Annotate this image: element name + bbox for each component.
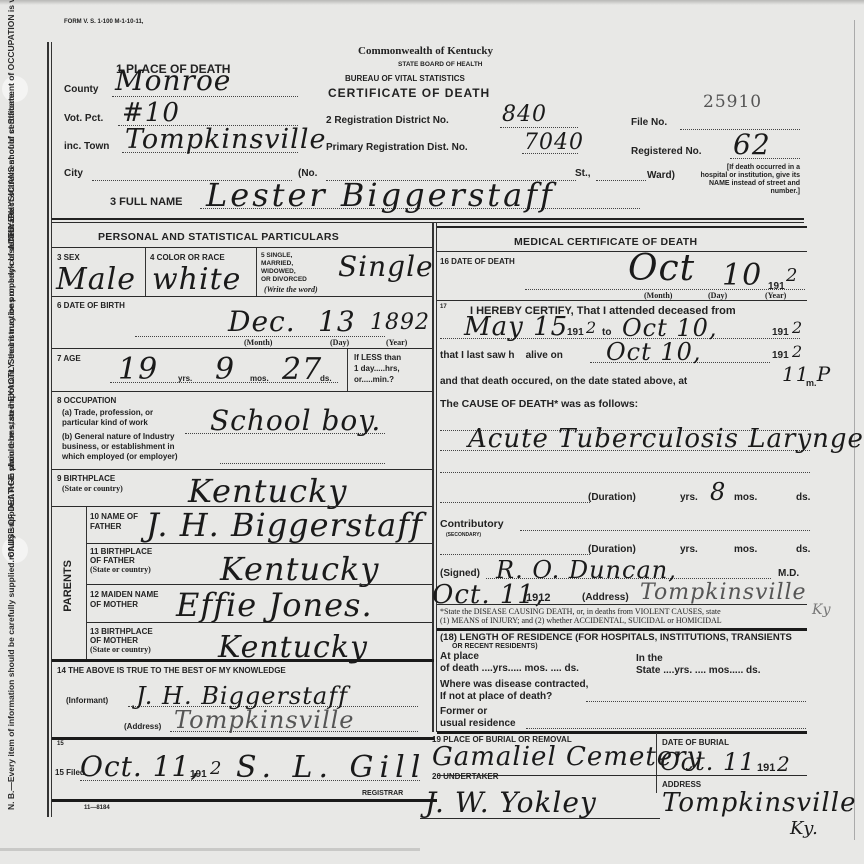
attended-to-year-suffix: 2 — [792, 318, 803, 337]
age-months: 9 — [215, 352, 235, 387]
city-label: City — [64, 168, 83, 179]
undertaker-state: Ky. — [790, 818, 819, 839]
row-divider — [52, 348, 432, 349]
residence-label-2: OR RECENT RESIDENTS) — [452, 643, 538, 650]
cause-line-3 — [440, 472, 810, 473]
row-divider — [87, 622, 432, 623]
duration2-ds: ds. — [796, 544, 810, 555]
at-place-detail: of death ....yrs..... mos. .... ds. — [440, 663, 579, 674]
cell-divider — [347, 349, 348, 391]
filed-number: 15 — [57, 741, 64, 747]
death-month: Oct — [628, 248, 695, 289]
occupation-b-line: business, or establishment in — [62, 442, 178, 452]
section-divider — [437, 731, 807, 734]
occupation-value: School boy. — [210, 404, 381, 437]
row-divider — [52, 247, 432, 248]
year-caption: (Year) — [386, 338, 407, 347]
board-title: STATE BOARD OF HEALTH — [398, 61, 483, 68]
section-divider — [52, 737, 434, 740]
registered-no-label: Registered No. — [631, 146, 702, 157]
cell-divider — [656, 733, 657, 793]
primary-registration-label: Primary Registration Dist. No. — [326, 142, 468, 153]
usual-residence-line — [526, 728, 806, 729]
meridiem-label: m. — [806, 378, 817, 388]
registration-district-line — [500, 127, 578, 128]
filed-year-suffix: 2 — [210, 758, 222, 779]
last-saw-year-suffix: 2 — [792, 342, 803, 361]
marital-label-line: MARRIED, — [261, 260, 307, 268]
certificate-title: CERTIFICATE OF DEATH — [328, 86, 490, 100]
death-certificate: ACTLY. PHYSICIANS should st Statement of… — [0, 0, 864, 864]
mother-name-value: Effie Jones. — [176, 586, 373, 624]
birthplace-hint: (State or country) — [62, 484, 123, 493]
in-state-detail: State ....yrs. .... mos..... ds. — [636, 665, 761, 676]
knowledge-statement: 14 THE ABOVE IS TRUE TO THE BEST OF MY K… — [57, 666, 286, 675]
birthplace-label: 9 BIRTHPLACE — [57, 474, 115, 483]
duration2-lead — [440, 554, 590, 555]
instructions-note: *State the DISEASE CAUSING DEATH, or, in… — [440, 607, 722, 625]
undertaker-label: 20 UNDERTAKER — [432, 772, 499, 781]
form-border-left — [47, 42, 49, 817]
death-year-suffix: 2 — [786, 265, 798, 286]
marital-label: 5 SINGLE, MARRIED, WIDOWED, OR DIVORCED — [261, 252, 307, 284]
less-than-line: 1 day.....hrs, — [354, 363, 401, 374]
registered-no-value: 62 — [733, 128, 771, 161]
month-caption: (Month) — [244, 338, 272, 347]
full-name-label: 3 FULL NAME — [110, 196, 183, 208]
undertaker-value: J. W. Yokley — [425, 786, 597, 819]
label-line: OF MOTHER — [90, 636, 153, 645]
year-caption: (Year) — [765, 291, 786, 300]
marital-label-line: WIDOWED, — [261, 268, 307, 276]
section-divider — [52, 218, 804, 220]
row-divider — [437, 604, 807, 605]
certify-number: 17 — [440, 304, 447, 310]
row-divider — [437, 300, 807, 301]
file-no-label: File No. — [631, 117, 667, 128]
occupation-b-field — [220, 463, 385, 464]
row-divider — [52, 391, 432, 392]
hospital-note: [If death occurred in a hospital or inst… — [700, 164, 800, 196]
death-occured-text: and that death occured, on the date stat… — [440, 376, 687, 387]
scan-edge — [0, 0, 864, 5]
burial-date-label: DATE OF BURIAL — [662, 738, 729, 747]
duration-ds: ds. — [796, 492, 810, 503]
contributory-line — [520, 530, 810, 531]
duration-months-value: 8 — [710, 478, 726, 506]
father-name-label: 10 NAME OF FATHER — [90, 512, 138, 532]
filed-year-prefix: 191 — [190, 769, 207, 780]
mother-birthplace-label: 13 BIRTHPLACE OF MOTHER (State or countr… — [90, 627, 153, 654]
signed-label: (Signed) — [440, 568, 480, 579]
last-saw-value: Oct 10, — [606, 338, 702, 366]
occupation-b-line: (b) General nature of Industry — [62, 432, 178, 442]
duration-lead — [440, 502, 590, 503]
registrar-label: REGISTRAR — [362, 790, 403, 797]
column-divider — [432, 222, 434, 732]
cause-text: The CAUSE OF DEATH* was as follows: — [440, 398, 638, 410]
last-saw-prefix: that I last saw h — [440, 350, 514, 361]
bureau-title: BUREAU OF VITAL STATISTICS — [345, 74, 465, 83]
inc-town-value: Tompkinsville — [125, 124, 326, 155]
file-no-value: 25910 — [703, 92, 762, 112]
father-name-value: J. H. Biggerstaff — [146, 506, 423, 544]
ward-label: Ward) — [647, 170, 675, 181]
dob-day: 13 — [318, 305, 356, 338]
duration-label: (Duration) — [588, 492, 636, 503]
cell-divider — [256, 248, 257, 296]
instructions-line: *State the DISEASE CAUSING DEATH, or, in… — [440, 607, 722, 616]
contracted-line — [586, 701, 806, 702]
duration2-yrs: yrs. — [680, 544, 698, 555]
marital-label-line: OR DIVORCED — [261, 276, 307, 284]
label-line: FATHER — [90, 522, 138, 532]
burial-date-value: Oct. 11 — [660, 748, 756, 776]
row-divider — [437, 251, 807, 252]
sex-label: 3 SEX — [57, 253, 80, 262]
registration-district-value: 840 — [502, 102, 547, 127]
label-line: OF FATHER — [90, 556, 152, 565]
usual-residence-label: usual residence — [440, 718, 516, 729]
duration-yrs: yrs. — [680, 492, 698, 503]
attended-from-year: 191 — [567, 327, 584, 338]
duration2-label: (Duration) — [588, 544, 636, 555]
informant-label: (Informant) — [66, 696, 108, 705]
vot-pct-label: Vot. Pct. — [64, 113, 103, 124]
day-caption: (Day) — [708, 291, 727, 300]
undertaker-address-value: Tompkinsville — [662, 788, 856, 818]
marital-value: Single — [338, 250, 434, 283]
age-label: 7 AGE — [57, 354, 81, 363]
signed-year: 1912 — [526, 592, 550, 604]
days-unit: ds. — [320, 374, 332, 383]
margin-instruction-bottom: N. B.—Every item of information should b… — [6, 610, 40, 810]
registrar-signature: S. L. Gill — [236, 750, 426, 785]
occupation-a-line: particular kind of work — [62, 418, 153, 428]
signed-address-value: Tompkinsville — [640, 580, 807, 605]
label-line: (State or country) — [90, 645, 153, 654]
age-years: 19 — [118, 352, 158, 387]
row-divider — [87, 584, 432, 585]
last-saw-suffix: alive on — [526, 350, 563, 361]
cell-divider — [145, 248, 146, 296]
age-days: 27 — [282, 352, 322, 387]
row-divider — [420, 818, 660, 819]
duration-mos: mos. — [734, 492, 757, 503]
informant-address-label: (Address) — [124, 722, 161, 731]
at-place-label: At place — [440, 651, 479, 662]
last-saw-text: that I last saw h alive on — [440, 350, 563, 361]
medical-heading: MEDICAL CERTIFICATE OF DEATH — [514, 236, 697, 248]
dob-year: 1892 — [370, 310, 430, 335]
last-saw-year: 191 — [772, 350, 789, 361]
burial-year-suffix: 2 — [777, 752, 791, 776]
label-line: 11 BIRTHPLACE — [90, 547, 152, 556]
inc-town-label: inc. Town — [64, 141, 109, 152]
form-number: FORM V. S. 1-100 M-1-10-11, — [64, 19, 143, 25]
filed-date: Oct. 11, — [80, 750, 200, 783]
if-not-label: If not at place of death? — [440, 691, 552, 702]
attended-from: May 15 — [464, 312, 568, 342]
less-than-line: or.....min.? — [354, 374, 401, 385]
to-label: to — [602, 327, 611, 338]
month-caption: (Month) — [644, 291, 672, 300]
mother-name-label: 12 MAIDEN NAME OF MOTHER — [90, 590, 158, 610]
row-divider — [52, 469, 432, 470]
father-birthplace-value: Kentucky — [220, 550, 379, 588]
where-contracted-label: Where was disease contracted, — [440, 679, 588, 690]
column-divider — [436, 222, 437, 732]
county-value: Monroe — [115, 64, 231, 97]
race-label: 4 COLOR OR RACE — [150, 253, 225, 262]
occupation-a-label: (a) Trade, profession, or particular kin… — [62, 408, 153, 428]
full-name-value: Lester Biggerstaff — [206, 176, 555, 214]
section-divider — [52, 222, 804, 223]
occupation-a-line: (a) Trade, profession, or — [62, 408, 153, 418]
marital-hint: (Write the word) — [264, 285, 318, 294]
primary-registration-value: 7040 — [524, 130, 584, 155]
scan-edge — [0, 848, 420, 851]
contributory-label: Contributory — [440, 518, 504, 530]
cause-value: Acute Tuberculosis Laryngeal. — [468, 424, 864, 454]
day-caption: (Day) — [330, 338, 349, 347]
race-value: white — [152, 262, 241, 297]
date-of-death-line — [525, 289, 805, 290]
less-than-note: If LESS than 1 day.....hrs, or.....min.? — [354, 352, 401, 385]
section-divider — [437, 628, 807, 631]
county-label: County — [64, 84, 98, 95]
label-line: OF MOTHER — [90, 600, 158, 610]
attended-from-year-suffix: 2 — [586, 318, 597, 337]
death-day: 10 — [722, 258, 762, 293]
former-label: Former or — [440, 706, 487, 717]
secondary-label: (SECONDARY) — [446, 532, 481, 538]
section-divider — [52, 799, 437, 802]
label-line: (State or country) — [90, 565, 152, 574]
burial-year-prefix: 191 — [757, 762, 775, 774]
parents-divider — [86, 507, 87, 659]
parents-label: PARENTS — [62, 560, 74, 612]
residence-label: (18) LENGTH OF RESIDENCE (FOR HOSPITALS,… — [440, 632, 792, 643]
commonwealth-title: Commonwealth of Kentucky — [358, 45, 493, 57]
row-divider — [87, 543, 432, 544]
footer-code: 11—8184 — [84, 805, 110, 811]
father-birthplace-label: 11 BIRTHPLACE OF FATHER (State or countr… — [90, 547, 152, 574]
street-label: St., — [575, 168, 591, 179]
less-than-line: If LESS than — [354, 352, 401, 363]
date-of-death-label: 16 DATE OF DEATH — [440, 257, 515, 266]
registration-district-label: 2 Registration District No. — [326, 115, 449, 126]
occupation-b-label: (b) General nature of Industry business,… — [62, 432, 178, 462]
label-line: 10 NAME OF — [90, 512, 138, 522]
ky-note: Ky — [812, 602, 831, 618]
ward-line — [596, 180, 646, 181]
birthplace-value: Kentucky — [188, 472, 347, 510]
form-border-left-inner — [51, 42, 52, 817]
section-divider — [52, 659, 434, 662]
signed-address-label: (Address) — [582, 592, 629, 603]
sex-value: Male — [56, 262, 136, 297]
label-line: 13 BIRTHPLACE — [90, 627, 153, 636]
months-unit: mos. — [250, 374, 269, 383]
marital-label-line: 5 SINGLE, — [261, 252, 307, 260]
attended-to-year: 191 — [772, 327, 789, 338]
years-unit: yrs. — [178, 374, 192, 383]
section-divider — [437, 226, 807, 228]
md-label: M.D. — [778, 568, 799, 579]
label-line: 12 MAIDEN NAME — [90, 590, 158, 600]
in-the-label: In the — [636, 653, 663, 664]
dob-label: 6 DATE OF BIRTH — [57, 301, 125, 310]
occupation-label: 8 OCCUPATION — [57, 396, 116, 405]
duration2-mos: mos. — [734, 544, 757, 555]
personal-heading: PERSONAL AND STATISTICAL PARTICULARS — [98, 231, 339, 243]
informant-address-value: Tompkinsville — [174, 706, 355, 734]
occupation-b-line: which employed (or employer) — [62, 452, 178, 462]
row-divider — [52, 296, 432, 297]
instructions-line: (1) MEANS of INJURY; and (2) whether ACC… — [440, 616, 722, 625]
dob-month: Dec. — [228, 305, 296, 338]
